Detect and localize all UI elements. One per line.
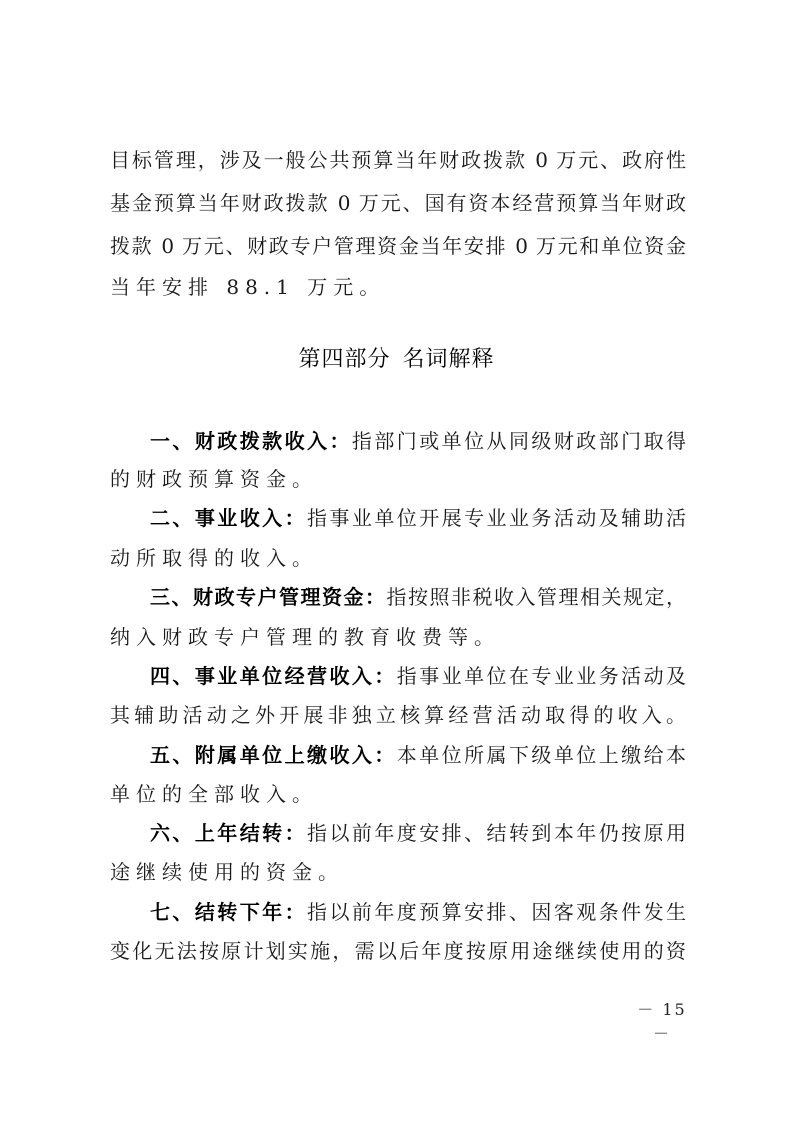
definition-3-continuation: 纳入财政专户管理的教育收费等。 [110,622,686,652]
definition-text: 指以前年度安排、结转到本年仍按原用 [307,821,686,845]
definition-text: 指部门或单位从同级财政部门取得 [352,429,686,453]
definition-term: 五、附属单位上缴收入： [150,743,397,767]
document-page: 目标管理，涉及一般公共预算当年财政拨款 0 万元、政府性 基金预算当年财政拨款 … [0,0,793,1122]
definition-6-continuation: 途继续使用的资金。 [110,857,686,887]
definition-1-continuation: 的财政预算资金。 [110,464,686,494]
definition-2-first-line: 二、事业收入：指事业单位开展专业业务活动及辅助活 [150,503,686,533]
definition-3-first-line: 三、财政专户管理资金：指按照非税收入管理相关规定， [150,582,686,612]
definition-7-first-line: 七、结转下年：指以前年度预算安排、因客观条件发生 [150,897,686,927]
definition-term: 七、结转下年： [150,900,307,924]
definition-4-first-line: 四、事业单位经营收入：指事业单位在专业业务活动及 [150,661,686,691]
intro-line-3: 拨款 0 万元、财政专户管理资金当年安排 0 万元和单位资金 [110,231,686,261]
definition-7-continuation: 变化无法按原计划实施，需以后年度按原用途继续使用的资 [110,936,686,966]
definition-term: 一、财政拨款收入： [150,429,352,453]
definition-term: 六、上年结转： [150,821,307,845]
page-number: － 15 － [630,998,694,1046]
definition-2-continuation: 动所取得的收入。 [110,543,686,573]
definition-1-first-line: 一、财政拨款收入：指部门或单位从同级财政部门取得 [150,426,686,456]
intro-line-4: 当年安排 88.1 万元。 [110,272,686,302]
definition-term: 二、事业收入： [150,506,307,530]
definition-text: 指事业单位在专业业务活动及 [397,664,686,688]
definition-text: 本单位所属下级单位上缴给本 [397,743,686,767]
definition-text: 指按照非税收入管理相关规定， [387,585,687,609]
definition-text: 指以前年度预算安排、因客观条件发生 [307,900,686,924]
definition-6-first-line: 六、上年结转：指以前年度安排、结转到本年仍按原用 [150,818,686,848]
intro-line-2: 基金预算当年财政拨款 0 万元、国有资本经营预算当年财政 [110,188,686,218]
section-heading: 第四部分名词解释 [0,344,793,376]
definition-term: 三、财政专户管理资金： [150,585,387,609]
section-part-label: 第四部分 [298,347,390,372]
definition-text: 指事业单位开展专业业务活动及辅助活 [307,506,686,530]
definition-term: 四、事业单位经营收入： [150,664,397,688]
section-title: 名词解释 [403,347,495,372]
intro-line-1: 目标管理，涉及一般公共预算当年财政拨款 0 万元、政府性 [110,145,686,175]
definition-4-continuation: 其辅助活动之外开展非独立核算经营活动取得的收入。 [110,700,686,730]
definition-5-first-line: 五、附属单位上缴收入：本单位所属下级单位上缴给本 [150,740,686,770]
definition-5-continuation: 单位的全部收入。 [110,779,686,809]
